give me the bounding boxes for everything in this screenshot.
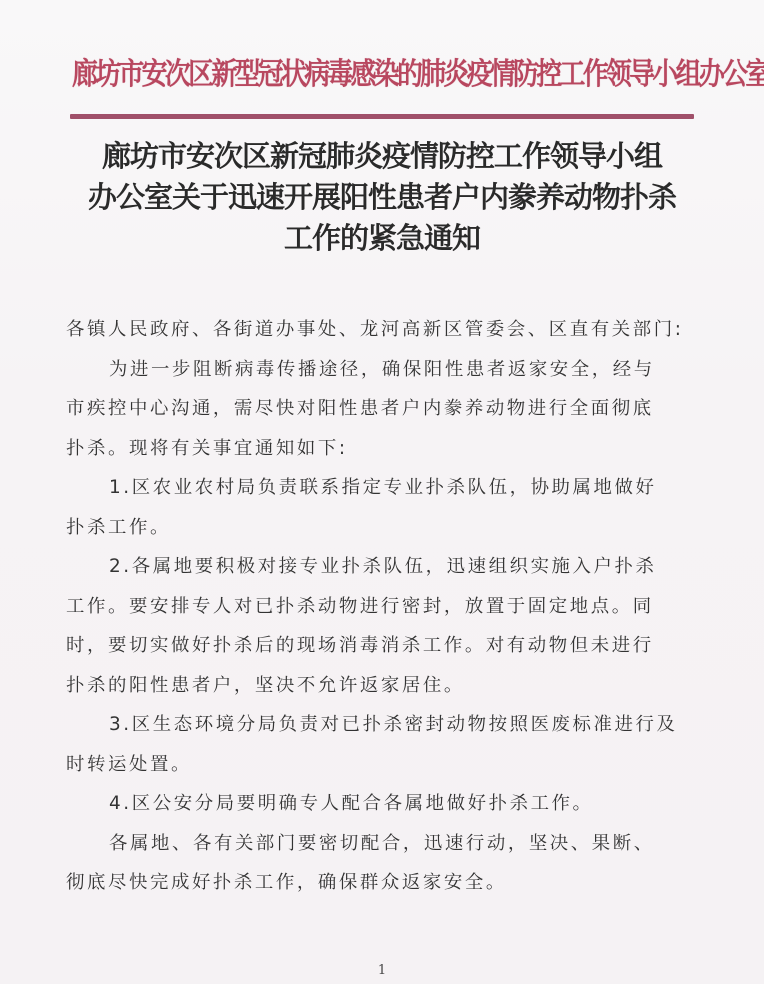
issuing-office-masthead: 廊坊市安次区新型冠状病毒感染的肺炎疫情防控工作领导小组办公室 xyxy=(72,50,605,100)
body-line: 扑杀。现将有关事宜通知如下: xyxy=(66,429,706,469)
body-line: 市疾控中心沟通，需尽快对阳性患者户内豢养动物进行全面彻底 xyxy=(66,389,706,429)
addressee-line: 各镇人民政府、各街道办事处、龙河高新区管委会、区直有关部门: xyxy=(66,310,706,350)
document-title: 廊坊市安次区新冠肺炎疫情防控工作领导小组 办公室关于迅速开展阳性患者户内豢养动物… xyxy=(60,136,704,259)
item-2-line: 时，要切实做好扑杀后的现场消毒消杀工作。对有动物但未进行 xyxy=(66,626,706,666)
title-line: 办公室关于迅速开展阳性患者户内豢养动物扑杀 xyxy=(60,177,704,218)
red-header-rule xyxy=(70,114,694,119)
closing-line: 各属地、各有关部门要密切配合，迅速行动，坚决、果断、 xyxy=(66,824,706,864)
item-1-line: 扑杀工作。 xyxy=(66,508,706,548)
item-1-line: 1.区农业农村局负责联系指定专业扑杀队伍，协助属地做好 xyxy=(66,468,706,508)
body-line: 为进一步阻断病毒传播途径，确保阳性患者返家安全，经与 xyxy=(66,350,706,390)
title-line: 工作的紧急通知 xyxy=(60,218,704,259)
item-2-line: 2.各属地要积极对接专业扑杀队伍，迅速组织实施入户扑杀 xyxy=(66,547,706,587)
document-page: 廊坊市安次区新型冠状病毒感染的肺炎疫情防控工作领导小组办公室 廊坊市安次区新冠肺… xyxy=(0,0,764,984)
item-3-line: 时转运处置。 xyxy=(66,745,706,785)
title-line: 廊坊市安次区新冠肺炎疫情防控工作领导小组 xyxy=(60,136,704,177)
document-body: 各镇人民政府、各街道办事处、龙河高新区管委会、区直有关部门: 为进一步阻断病毒传… xyxy=(66,310,706,903)
closing-line: 彻底尽快完成好扑杀工作，确保群众返家安全。 xyxy=(66,863,706,903)
item-4-line: 4.区公安分局要明确专人配合各属地做好扑杀工作。 xyxy=(66,784,706,824)
item-3-line: 3.区生态环境分局负责对已扑杀密封动物按照医废标准进行及 xyxy=(66,705,706,745)
item-2-line: 扑杀的阳性患者户，坚决不允许返家居住。 xyxy=(66,666,706,706)
item-2-line: 工作。要安排专人对已扑杀动物进行密封，放置于固定地点。同 xyxy=(66,587,706,627)
page-number: 1 xyxy=(0,963,764,978)
